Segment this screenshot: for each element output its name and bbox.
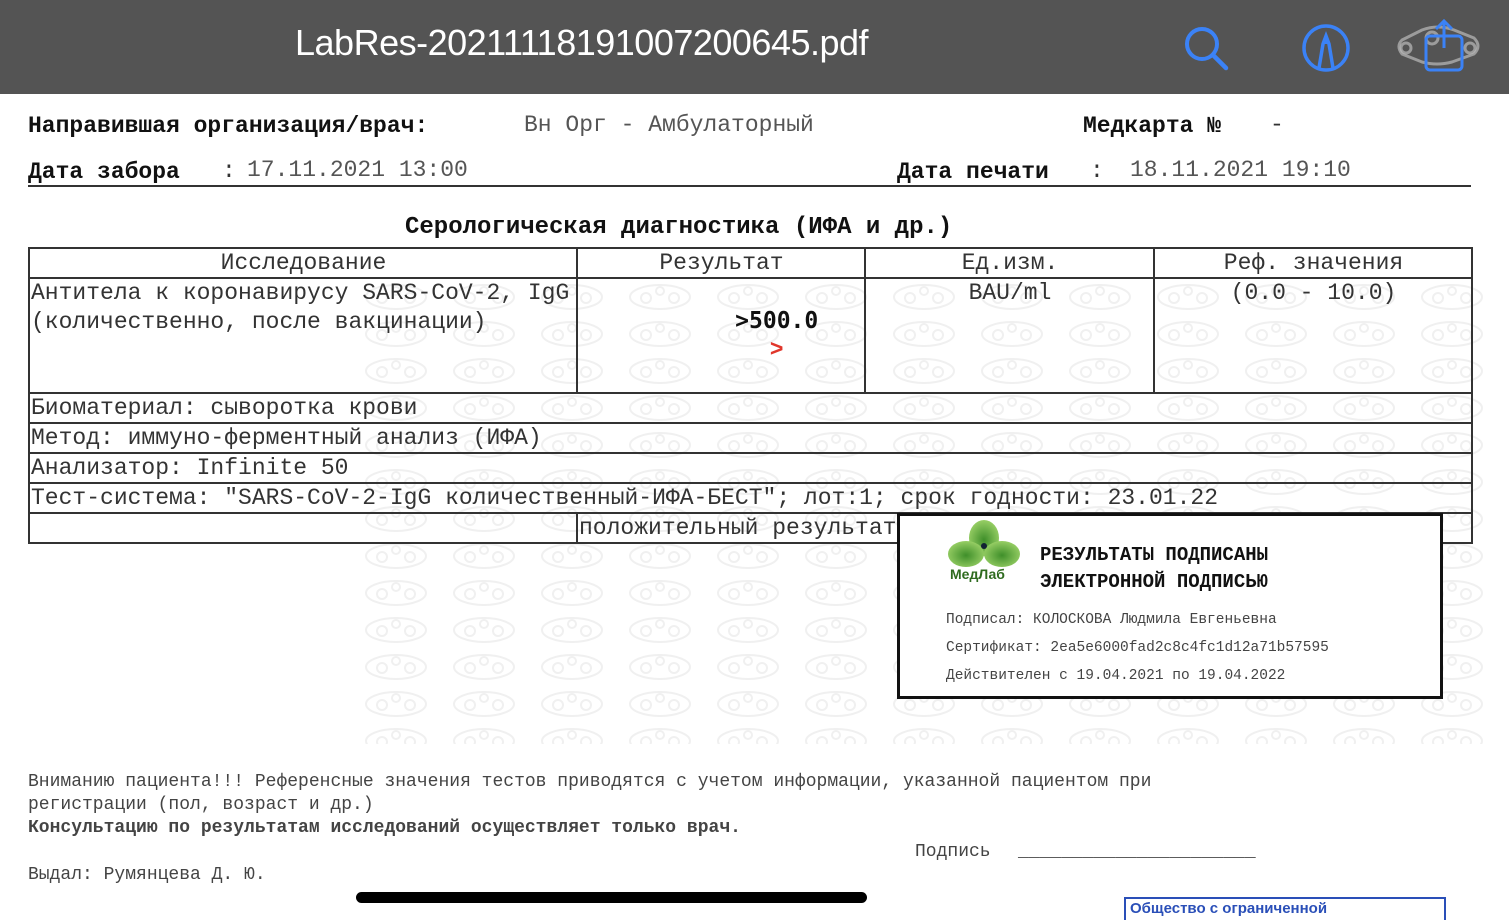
- sig-heading-2: ЭЛЕКТРОННОЙ ПОДПИСЬЮ: [1040, 569, 1268, 596]
- company-stamp: Общество с ограниченной ответственностью: [1124, 897, 1446, 920]
- pdf-page: Направившая организация/врач: Вн Орг - А…: [0, 94, 1509, 920]
- header-result: Результат: [577, 248, 865, 278]
- unit-value: BAU/ml: [865, 278, 1154, 393]
- issued-by: Выдал: Румянцева Д. Ю.: [28, 864, 266, 887]
- consultation-notice: Консультацию по результатам исследований…: [28, 817, 741, 840]
- collection-date-sep: :: [222, 158, 236, 184]
- document-title: LabRes-20211118191007200645.pdf: [295, 22, 868, 64]
- medlab-logo-text: МедЛаб: [950, 566, 1005, 582]
- e-signature-box: МедЛаб РЕЗУЛЬТАТЫ ПОДПИСАНЫ ЭЛЕКТРОННОЙ …: [897, 513, 1443, 699]
- collection-date-label: Дата забора: [28, 159, 180, 185]
- print-date-value: 18.11.2021 19:10: [1130, 157, 1351, 183]
- results-table: Исследование Результат Ед.изм. Реф. знач…: [28, 247, 1473, 544]
- biomaterial: Биоматериал: сыворотка крови: [29, 393, 1472, 423]
- patient-notice-2: регистрации (пол, возраст и др.): [28, 794, 374, 817]
- table-row: Антитела к коронавирусу SARS-CoV-2, IgG …: [29, 278, 1472, 393]
- header-test: Исследование: [29, 248, 577, 278]
- patient-notice-1: Вниманию пациента!!! Референсные значени…: [28, 771, 1151, 794]
- detail-row: Биоматериал: сыворотка крови: [29, 393, 1472, 423]
- home-indicator[interactable]: [356, 892, 867, 903]
- share-icon[interactable]: [1392, 18, 1484, 76]
- top-bar: LabRes-20211118191007200645.pdf: [0, 0, 1509, 94]
- high-flag-icon: >: [770, 337, 784, 363]
- detail-row: Анализатор: Infinite 50: [29, 453, 1472, 483]
- signed-by: Подписал: КОЛОСКОВА Людмила Евгеньевна: [946, 612, 1277, 628]
- print-date-label: Дата печати: [897, 159, 1049, 185]
- result-value: >500.0: [735, 308, 818, 334]
- conclusion-empty: [29, 513, 577, 543]
- medcard-value: -: [1270, 112, 1284, 138]
- signature-label: Подпись: [915, 841, 991, 864]
- analyzer: Анализатор: Infinite 50: [29, 453, 1472, 483]
- signature-line: ______________________: [1018, 841, 1256, 864]
- print-date-sep: :: [1090, 158, 1104, 184]
- markup-icon[interactable]: [1300, 22, 1352, 74]
- header-divider: [28, 185, 1471, 187]
- sig-heading-1: РЕЗУЛЬТАТЫ ПОДПИСАНЫ: [1040, 542, 1268, 569]
- table-header-row: Исследование Результат Ед.изм. Реф. знач…: [29, 248, 1472, 278]
- test-name: Антитела к коронавирусу SARS-CoV-2, IgG …: [29, 278, 577, 393]
- method: Метод: иммуно-ферментный анализ (ИФА): [29, 423, 1472, 453]
- collection-date-value: 17.11.2021 13:00: [247, 157, 468, 183]
- test-system: Тест-система: "SARS-CoV-2-IgG количестве…: [29, 483, 1472, 513]
- search-icon[interactable]: [1180, 22, 1232, 74]
- medcard-label: Медкарта №: [1083, 113, 1221, 139]
- reference-value: (0.0 - 10.0): [1154, 278, 1472, 393]
- detail-row: Тест-система: "SARS-CoV-2-IgG количестве…: [29, 483, 1472, 513]
- detail-row: Метод: иммуно-ферментный анализ (ИФА): [29, 423, 1472, 453]
- certificate: Сертификат: 2ea5e6000fad2c8c4fc1d12a71b5…: [946, 640, 1329, 656]
- header-unit: Ед.изм.: [865, 248, 1154, 278]
- header-reference: Реф. значения: [1154, 248, 1472, 278]
- referring-value: Вн Орг - Амбулаторный: [524, 112, 814, 138]
- validity: Действителен с 19.04.2021 по 19.04.2022: [946, 668, 1285, 684]
- section-title: Серологическая диагностика (ИФА и др.): [405, 215, 952, 241]
- referring-label: Направившая организация/врач:: [28, 113, 428, 139]
- result-cell: >500.0 >: [577, 278, 865, 393]
